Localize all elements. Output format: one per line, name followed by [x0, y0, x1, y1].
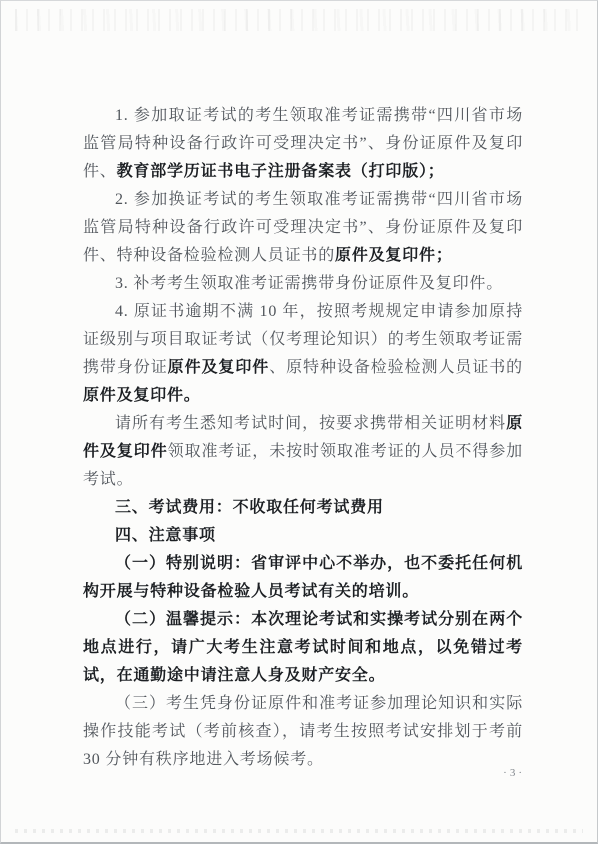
scan-noise-top — [15, 9, 583, 31]
body-text: 、原特种设备检验检测人员证书的 — [269, 359, 523, 376]
paragraph: 3. 补考考生领取准考证需携带身份证原件及复印件。 — [83, 270, 523, 298]
emphasis-text: 原件及复印件。 — [83, 387, 201, 404]
body-text: 2. 参加换证考试的考生领取准考证需携带“四川省市场监管局特种设备行政许可受理决… — [83, 191, 523, 264]
emphasis-text: 原件及复印件； — [335, 247, 453, 264]
paragraph: 1. 参加取证考试的考生领取准考证需携带“四川省市场监管局特种设备行政许可受理决… — [83, 102, 523, 186]
paragraph: （一）特别说明：省审评中心不举办，也不委托任何机构开展与特种设备检验人员考试有关… — [83, 550, 523, 606]
emphasis-text: （二）温馨提示：本次理论考试和实操考试分别在两个地点进行，请广大考生注意考试时间… — [83, 611, 523, 684]
document-body: 1. 参加取证考试的考生领取准考证需携带“四川省市场监管局特种设备行政许可受理决… — [83, 102, 523, 774]
paragraph: 三、考试费用：不收取任何考试费用 — [83, 494, 523, 522]
paragraph: 请所有考生悉知考试时间，按要求携带相关证明材料原件及复印件领取准考证，未按时领取… — [83, 410, 523, 494]
scanned-document-page: 1. 参加取证考试的考生领取准考证需携带“四川省市场监管局特种设备行政许可受理决… — [0, 0, 598, 844]
paragraph: 四、注意事项 — [83, 522, 523, 550]
body-text: 3. 补考考生领取准考证需携带身份证原件及复印件。 — [115, 275, 503, 292]
scan-noise-bottom — [15, 829, 583, 833]
paragraph: （二）温馨提示：本次理论考试和实操考试分别在两个地点进行，请广大考生注意考试时间… — [83, 606, 523, 690]
body-text: 请所有考生悉知考试时间，按要求携带相关证明材料 — [115, 415, 506, 432]
page-number: ·3· — [503, 767, 525, 779]
emphasis-text: 原件及复印件 — [168, 359, 270, 376]
emphasis-text: 四、注意事项 — [115, 527, 216, 544]
body-text: （三）考生凭身份证原件和准考证参加理论知识和实际操作技能考试（考前核查），请考生… — [83, 695, 523, 768]
emphasis-text: 三、考试费用：不收取任何考试费用 — [115, 499, 384, 516]
emphasis-text: 教育部学历证书电子注册备案表（打印版）； — [117, 163, 445, 180]
paragraph: 2. 参加换证考试的考生领取准考证需携带“四川省市场监管局特种设备行政许可受理决… — [83, 186, 523, 270]
emphasis-text: （一）特别说明：省审评中心不举办，也不委托任何机构开展与特种设备检验人员考试有关… — [83, 555, 523, 600]
paragraph: （三）考生凭身份证原件和准考证参加理论知识和实际操作技能考试（考前核查），请考生… — [83, 690, 523, 774]
paragraph: 4. 原证书逾期不满 10 年，按照考规规定申请参加原持证级别与项目取证考试（仅… — [83, 298, 523, 410]
